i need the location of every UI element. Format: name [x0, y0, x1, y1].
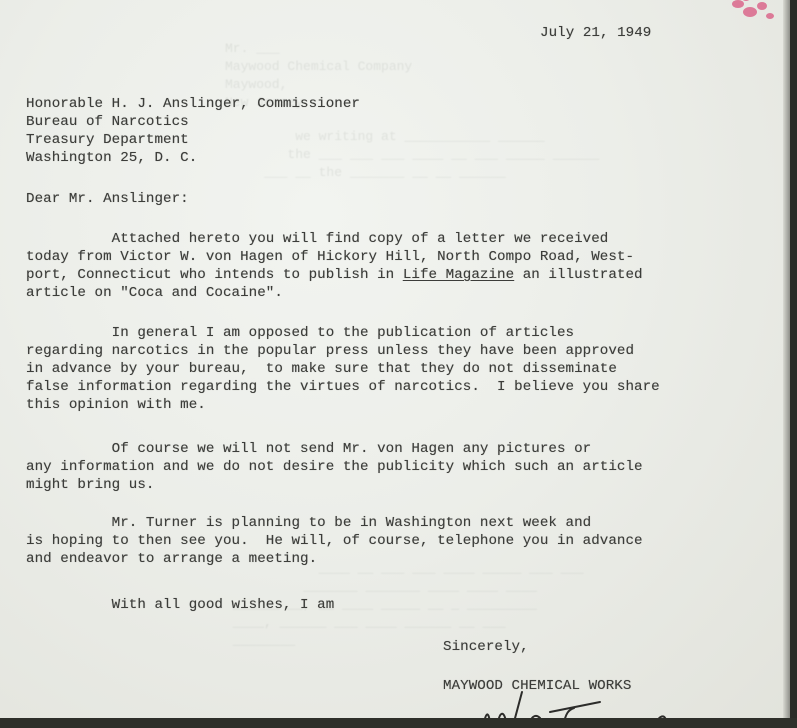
recipient-line: Washington 25, D. C. — [26, 149, 197, 167]
paper-edge — [783, 0, 790, 718]
publication-title: Life Magazine — [403, 267, 514, 283]
handwritten-signature — [470, 688, 690, 718]
body-line: regarding narcotics in the popular press… — [26, 342, 634, 360]
recipient-line: Treasury Department — [26, 131, 189, 149]
body-line: port, Connecticut who intends to publish… — [26, 266, 643, 284]
body-line: In general I am opposed to the publicati… — [26, 324, 574, 342]
letter-page: Mr. ___ Maywood Chemical Company Maywood… — [0, 0, 790, 718]
red-stamp-mark — [722, 0, 782, 34]
salutation: Dear Mr. Anslinger: — [26, 190, 189, 208]
recipient-line: Honorable H. J. Anslinger, Commissioner — [26, 95, 360, 113]
body-line: any information and we do not desire the… — [26, 458, 643, 476]
body-text: port, Connecticut who intends to publish… — [26, 267, 403, 283]
body-line: might bring us. — [26, 476, 154, 494]
body-line: this opinion with me. — [26, 396, 206, 414]
body-line: article on "Coca and Cocaine". — [26, 284, 283, 302]
background-strip — [0, 718, 797, 728]
body-line: in advance by your bureau, to make sure … — [26, 360, 617, 378]
body-line: is hoping to then see you. He will, of c… — [26, 532, 643, 550]
body-line: today from Victor W. von Hagen of Hickor… — [26, 248, 634, 266]
recipient-line: Bureau of Narcotics — [26, 113, 189, 131]
body-line: Of course we will not send Mr. von Hagen… — [26, 440, 591, 458]
body-line: and endeavor to arrange a meeting. — [26, 550, 317, 568]
sign-off: Sincerely, — [443, 638, 529, 656]
closing-line: With all good wishes, I am — [26, 596, 334, 614]
show-through-text: we writing at ___________ ______ the ___… — [225, 128, 599, 182]
body-line: false information regarding the virtues … — [26, 378, 660, 396]
letter-date: July 21, 1949 — [540, 24, 651, 42]
body-line: Mr. Turner is planning to be in Washingt… — [26, 514, 591, 532]
body-line: Attached hereto you will find copy of a … — [26, 230, 608, 248]
body-text: an illustrated — [514, 267, 642, 283]
